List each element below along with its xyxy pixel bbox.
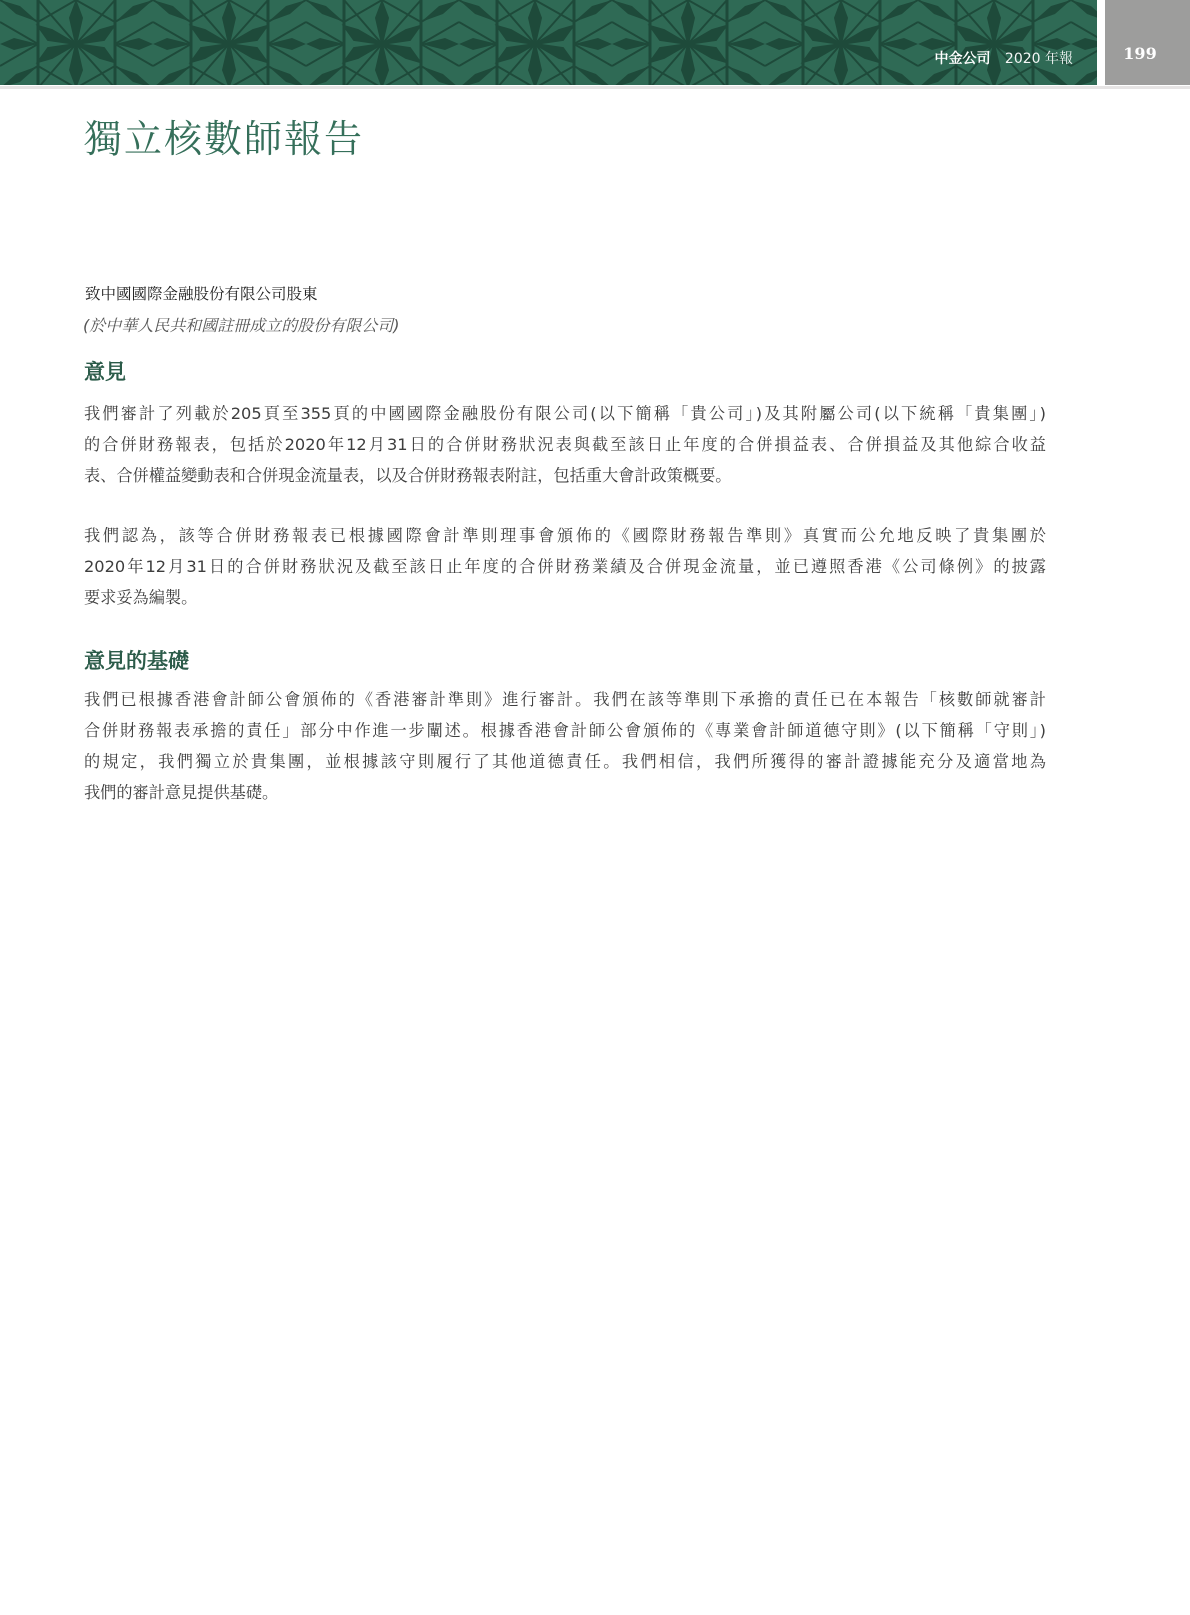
page-number: 199 <box>1105 44 1175 63</box>
paragraph-line: 表、合併權益變動表和合併現金流量表，以及合併財務報表附註，包括重大會計政策概要。 <box>84 460 1046 491</box>
addressee-subtitle: (於中華人民共和國註冊成立的股份有限公司) <box>83 313 400 336</box>
paragraph-line: 2020年12月31日的合併財務狀況及截至該日止年度的合併財務業績及合併現金流量… <box>84 551 1046 582</box>
paragraph-line: 要求妥為編製。 <box>84 582 1046 613</box>
paragraph-line: 我們的審計意見提供基礎。 <box>84 777 1046 808</box>
opinion-paragraph-1: 我們審計了列載於205頁至355頁的中國國際金融股份有限公司(以下簡稱「貴公司」… <box>84 398 1046 491</box>
paragraph-line: 我們已根據香港會計師公會頒佈的《香港審計準則》進行審計。我們在該等準則下承擔的責… <box>84 684 1046 715</box>
paragraph-line: 的合併財務報表，包括於2020年12月31日的合併財務狀況表與截至該日止年度的合… <box>84 429 1046 460</box>
header-divider <box>0 86 1190 89</box>
page-title: 獨立核數師報告 <box>84 108 364 163</box>
addressee: 致中國國際金融股份有限公司股東 <box>85 282 318 304</box>
paragraph-line: 我們審計了列載於205頁至355頁的中國國際金融股份有限公司(以下簡稱「貴公司」… <box>84 398 1046 429</box>
report-year: 2020 年報 <box>1005 51 1073 67</box>
opinion-paragraph-2: 我們認為，該等合併財務報表已根據國際會計準則理事會頒佈的《國際財務報告準則》真實… <box>84 520 1046 613</box>
section-heading-opinion: 意見 <box>84 356 126 386</box>
company-name: 中金公司 <box>934 51 990 67</box>
section-heading-basis-for-opinion: 意見的基礎 <box>84 645 189 675</box>
basis-paragraph: 我們已根據香港會計師公會頒佈的《香港審計準則》進行審計。我們在該等準則下承擔的責… <box>84 684 1046 808</box>
paragraph-line: 的規定，我們獨立於貴集團，並根據該守則履行了其他道德責任。我們相信，我們所獲得的… <box>84 746 1046 777</box>
paragraph-line: 我們認為，該等合併財務報表已根據國際會計準則理事會頒佈的《國際財務報告準則》真實… <box>84 520 1046 551</box>
asanoha-pattern-icon <box>0 0 1097 85</box>
header-banner: 中金公司 2020 年報 <box>0 0 1097 85</box>
paragraph-line: 合併財務報表承擔的責任」部分中作進一步闡述。根據香港會計師公會頒佈的《專業會計師… <box>84 715 1046 746</box>
header-label: 中金公司 2020 年報 <box>934 48 1073 68</box>
page-number-box: 199 <box>1105 0 1190 85</box>
